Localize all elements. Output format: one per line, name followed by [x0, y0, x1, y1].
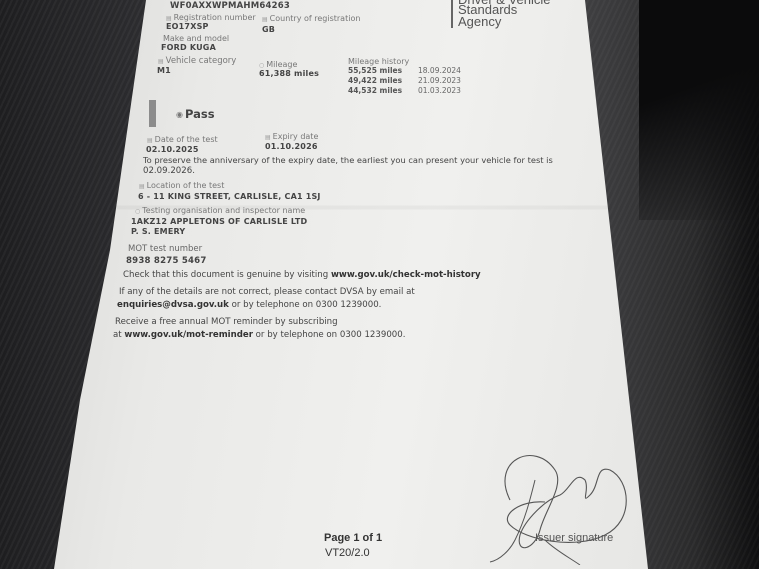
mot-certificate: WF0AXXWPMAHM64263 Driver & Vehicle Stand… — [0, 0, 759, 569]
mot-reminder-link[interactable]: www.gov.uk/mot-reminder — [124, 330, 253, 340]
reminder-text-line2: at www.gov.uk/mot-reminder or by telepho… — [113, 330, 405, 340]
field-icon: ▤ — [166, 15, 172, 22]
reminder-phone: or by telephone on 0300 1239000. — [253, 330, 406, 340]
contact-phone: or by telephone on 0300 1239000. — [229, 300, 382, 310]
location-icon: ▤ — [139, 183, 145, 190]
mileage-history-list: 55,525 miles 18.09.2024 49,422 miles 21.… — [348, 66, 461, 96]
vehicle-category-label: ▤Vehicle category — [158, 56, 236, 66]
form-code: VT20/2.0 — [325, 547, 370, 559]
mileage-history-row: 44,532 miles 01.03.2023 — [348, 86, 461, 96]
registration-value: EO17XSP — [166, 22, 209, 31]
anniversary-note: To preserve the anniversary of the expir… — [143, 155, 553, 165]
building-icon: ○ — [135, 208, 140, 215]
mileage-history-label: Mileage history — [348, 57, 409, 66]
agency-line-3: Agency — [458, 16, 501, 28]
expiry-date-label: ▤Expiry date — [265, 132, 318, 141]
check-mot-history-link[interactable]: www.gov.uk/check-mot-history — [331, 270, 481, 280]
history-date: 18.09.2024 — [418, 66, 461, 76]
mileage-history-row: 55,525 miles 18.09.2024 — [348, 66, 461, 76]
location-label: ▤Location of the test — [139, 181, 224, 190]
result-status-bar — [149, 100, 156, 127]
country-value: GB — [262, 25, 275, 34]
contact-text-line2: enquiries@dvsa.gov.uk or by telephone on… — [117, 300, 381, 310]
gauge-icon: ○ — [259, 62, 264, 69]
check-genuine-label: Check that this document is genuine by v… — [123, 270, 331, 280]
registration-label: ▤Registration number — [166, 13, 256, 22]
test-date-label: ▤Date of the test — [147, 135, 218, 144]
contact-text-line1: If any of the details are not correct, p… — [119, 287, 415, 297]
agency-divider — [451, 0, 453, 28]
field-icon: ▤ — [158, 58, 164, 65]
mileage-history-row: 49,422 miles 21.09.2023 — [348, 76, 461, 86]
location-value: 6 - 11 KING STREET, CARLISLE, CA1 1SJ — [138, 192, 321, 201]
inspector-name: P. S. EMERY — [131, 227, 185, 236]
dvsa-email-link[interactable]: enquiries@dvsa.gov.uk — [117, 300, 229, 310]
test-date-value: 02.10.2025 — [146, 145, 199, 154]
test-number-value: 8938 8275 5467 — [126, 256, 207, 266]
result-status: Pass — [185, 107, 215, 121]
field-icon: ▤ — [262, 16, 268, 23]
make-model-value: FORD KUGA — [161, 43, 216, 52]
history-miles: 55,525 miles — [348, 66, 410, 76]
reminder-prefix: at — [113, 330, 124, 340]
vin-number: WF0AXXWPMAHM64263 — [170, 1, 290, 11]
calendar-icon: ▤ — [147, 137, 153, 144]
pass-icon: ◉ — [176, 110, 183, 119]
vehicle-category-value: M1 — [157, 66, 171, 75]
calendar-icon: ▤ — [265, 134, 271, 141]
mileage-label: ○Mileage — [259, 60, 297, 69]
issuer-signature — [485, 440, 645, 565]
make-model-label: Make and model — [163, 34, 229, 43]
history-date: 01.03.2023 — [418, 86, 461, 96]
testing-org-value: 1AKZ12 APPLETONS OF CARLISLE LTD — [131, 217, 307, 226]
test-number-label: MOT test number — [128, 244, 202, 254]
history-miles: 49,422 miles — [348, 76, 410, 86]
anniversary-date: 02.09.2026. — [143, 166, 195, 176]
page-number: Page 1 of 1 — [324, 532, 382, 544]
testing-org-label: ○Testing organisation and inspector name — [135, 206, 305, 215]
expiry-date-value: 01.10.2026 — [265, 142, 318, 151]
reminder-text-line1: Receive a free annual MOT reminder by su… — [115, 317, 338, 327]
history-date: 21.09.2023 — [418, 76, 461, 86]
history-miles: 44,532 miles — [348, 86, 410, 96]
check-genuine-text: Check that this document is genuine by v… — [123, 270, 481, 280]
country-label: ▤Country of registration — [262, 14, 360, 23]
mileage-value: 61,388 miles — [259, 69, 319, 78]
signature-label: Issuer signature — [535, 532, 613, 544]
